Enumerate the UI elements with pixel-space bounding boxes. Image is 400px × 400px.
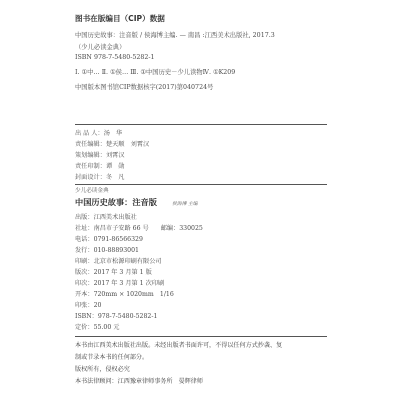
credit-value: 冬 凡 [106, 174, 125, 181]
pub-value: 南昌市子安路 66 号 [94, 225, 149, 232]
pub-value: 010-88893001 [94, 247, 139, 254]
credit-value: 汤 华 [104, 130, 123, 137]
credit-value: 谭 勋 [106, 163, 125, 170]
pub-label: ISBN： [75, 313, 98, 320]
divider-bottom [75, 336, 327, 337]
pub-value: 北京市松源印刷有限公司 [94, 258, 162, 265]
book-editor: 侯海博 主编 [172, 200, 198, 207]
pub-edition: 版次：2017 年 3 月第 1 版 [75, 267, 152, 276]
pub-price: 定价：55.00 元 [75, 322, 119, 331]
pub-isbn: ISBN：978-7-5480-5282-1 [75, 311, 157, 320]
cip-line: ISBN 978-7-5480-5282-1 [75, 54, 155, 61]
copyright-page: 图书在版编目（CIP）数据 中国历史故事：注音版 / 侯海博主编. — 南昌 :… [0, 0, 400, 400]
credit-planning-editor: 策划编辑：刘霄汉 [75, 150, 125, 159]
credit-label: 责任编辑： [75, 141, 106, 148]
pub-label: 印次： [75, 280, 94, 287]
cip-line: Ⅰ. ①中… Ⅱ. ①侯… Ⅲ. ①中国历史－少儿读物Ⅳ. ①K209 [75, 67, 235, 76]
pub-address: 社址：南昌市子安路 66 号邮编：330025 [75, 223, 203, 232]
pub-label: 版次： [75, 269, 94, 276]
pub-label: 邮编： [161, 225, 180, 232]
pub-sheets: 印张：20 [75, 300, 101, 309]
pub-format: 开本：720mm × 1020mm 1/16 [75, 289, 174, 298]
pub-value: 20 [94, 302, 102, 309]
pub-label: 定价： [75, 324, 94, 331]
pub-distribution: 发行：010-88893001 [75, 245, 139, 254]
cip-line: 中国版本图书馆CIP数据核字(2017)第040724号 [75, 82, 213, 91]
credit-print-supervisor: 责任印制：谭 勋 [75, 161, 125, 170]
copyright-notice-line: 制或节录本书的任何部分。 [75, 352, 148, 361]
credit-publisher: 出 品 人：汤 华 [75, 128, 122, 137]
copyright-notice-line: 本书由江西美术出版社出版。未经出版者书面许可，不得以任何方式抄袭、复 [75, 340, 282, 349]
pub-label: 电话： [75, 236, 94, 243]
pub-phone: 电话：0791-86566329 [75, 234, 143, 243]
pub-value: 330025 [179, 225, 203, 232]
credit-label: 责任印制： [75, 163, 106, 170]
credit-cover-design: 封面设计：冬 凡 [75, 172, 125, 181]
pub-printer: 印刷：北京市松源印刷有限公司 [75, 256, 162, 265]
pub-value: 0791-86566329 [94, 236, 143, 243]
pub-value: 720mm × 1020mm 1/16 [94, 291, 174, 298]
divider-middle [75, 184, 327, 185]
cip-line: （少儿必读金典） [75, 42, 125, 51]
book-title: 中国历史故事：注音版 [75, 197, 157, 208]
pub-label: 发行： [75, 247, 94, 254]
legal-counsel: 本书法律顾问：江西豫章律师事务所 晏辉律师 [75, 376, 203, 385]
pub-value: 55.00 元 [94, 324, 120, 331]
credit-editor: 责任编辑：楚天顺 刘霄汉 [75, 139, 149, 148]
credit-label: 封面设计： [75, 174, 106, 181]
pub-label: 出版： [75, 214, 94, 221]
pub-label: 开本： [75, 291, 94, 298]
pub-value: 2017 年 3 月第 1 版 [94, 269, 152, 276]
credit-value: 楚天顺 刘霄汉 [106, 141, 149, 148]
pub-publisher: 出版：江西美术出版社 [75, 212, 137, 221]
pub-value: 2017 年 3 月第 1 次印刷 [94, 280, 165, 287]
cip-title: 图书在版编目（CIP）数据 [75, 13, 165, 24]
credit-label: 出 品 人： [75, 130, 104, 137]
pub-value: 978-7-5480-5282-1 [98, 313, 158, 320]
pub-value: 江西美术出版社 [94, 214, 137, 221]
rights-reserved: 版权所有，侵权必究 [75, 364, 130, 373]
series-name: 少儿必读金典 [75, 186, 109, 194]
pub-label: 印刷： [75, 258, 94, 265]
divider-top [75, 124, 327, 125]
cip-line: 中国历史故事：注音版 / 侯海博主编. — 南昌 :江西美术出版社, 2017.… [75, 30, 275, 39]
pub-label: 印张： [75, 302, 94, 309]
pub-printing: 印次：2017 年 3 月第 1 次印刷 [75, 278, 164, 287]
pub-label: 社址： [75, 225, 94, 232]
credit-value: 刘霄汉 [106, 152, 125, 159]
credit-label: 策划编辑： [75, 152, 106, 159]
